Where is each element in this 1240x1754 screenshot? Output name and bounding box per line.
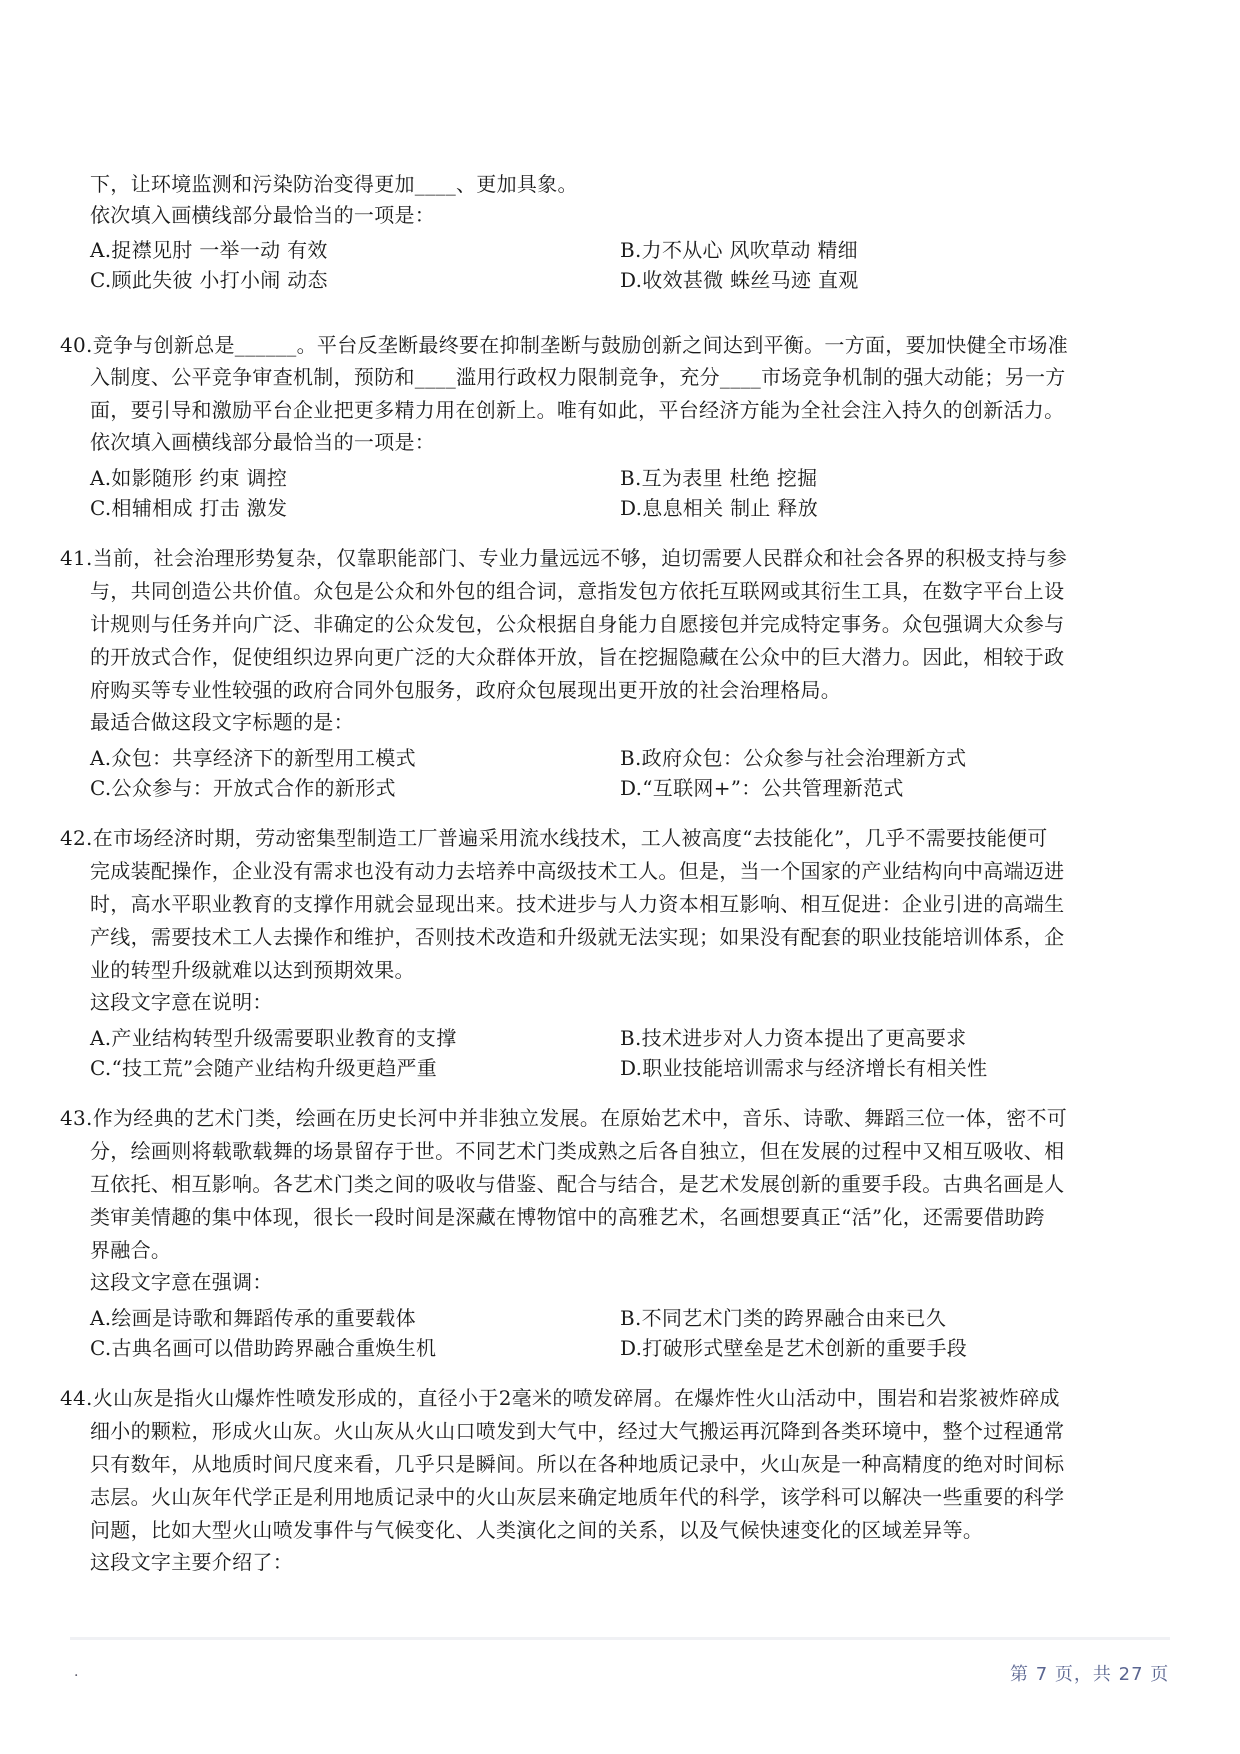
q40-prompt: 依次填入画横线部分最恰当的一项是： (90, 428, 435, 456)
q41-stem-line: 41.当前，社会治理形势复杂，仅靠职能部门、专业力量远远不够，迫切需要人民群众和… (60, 544, 1067, 572)
q41-prompt: 最适合做这段文字标题的是： (90, 708, 354, 736)
q41-stem-line: 府购买等专业性较强的政府合同外包服务，政府众包展现出更开放的社会治理格局。 (90, 676, 841, 704)
q39-option-c: C.顾此失彼 小打小闹 动态 (90, 266, 328, 294)
q42-stem-line: 产线，需要技术工人去操作和维护，否则技术改造和升级就无法实现；如果没有配套的职业… (90, 923, 1064, 951)
q40-option-c: C.相辅相成 打击 激发 (90, 494, 287, 522)
q43-stem-line: 界融合。 (90, 1236, 171, 1264)
q40-option-d: D.息息相关 制止 释放 (620, 494, 818, 522)
q42-stem-line: 42.在市场经济时期，劳动密集型制造工厂普遍采用流水线技术，工人被高度“去技能化… (60, 824, 1048, 852)
q40-option-a: A.如影随形 约束 调控 (90, 464, 287, 492)
q44-stem-line: 只有数年，从地质时间尺度来看，几乎只是瞬间。所以在各种地质记录中，火山灰是一种高… (90, 1450, 1064, 1478)
q42-stem-line: 完成装配操作，企业没有需求也没有动力去培养中高级技术工人。但是，当一个国家的产业… (90, 857, 1064, 885)
q41-stem-line: 的开放式合作，促使组织边界向更广泛的大众群体开放，旨在挖掘隐藏在公众中的巨大潜力… (90, 643, 1064, 671)
footer-divider (70, 1637, 1170, 1640)
q39-option-b: B.力不从心 风吹草动 精细 (620, 236, 858, 264)
q41-option-a: A.众包：共享经济下的新型用工模式 (90, 744, 416, 772)
q43-stem-line: 类审美情趣的集中体现，很长一段时间是深藏在博物馆中的高雅艺术，名画想要真正“活”… (90, 1203, 1045, 1231)
q42-option-c: C.“技工荒”会随产业结构升级更趋严重 (90, 1054, 437, 1082)
footer-dot: · (74, 1668, 78, 1684)
q41-option-b: B.政府众包：公众参与社会治理新方式 (620, 744, 966, 772)
q40-stem-line: 面，要引导和激励平台企业把更多精力用在创新上。唯有如此，平台经济方能为全社会注入… (90, 396, 1064, 424)
q43-stem-line: 互依托、相互影响。各艺术门类之间的吸收与借鉴、配合与结合，是艺术发展创新的重要手… (90, 1170, 1064, 1198)
q43-option-a: A.绘画是诗歌和舞蹈传承的重要载体 (90, 1304, 416, 1332)
q42-stem-line: 时，高水平职业教育的支撑作用就会显现出来。技术进步与人力资本相互影响、相互促进：… (90, 890, 1064, 918)
q44-stem-line: 志层。火山灰年代学正是利用地质记录中的火山灰层来确定地质年代的科学，该学科可以解… (90, 1483, 1064, 1511)
q43-option-d: D.打破形式壁垒是艺术创新的重要手段 (620, 1334, 967, 1362)
q39-option-a: A.捉襟见肘 一举一动 有效 (90, 236, 328, 264)
q39-option-d: D.收效甚微 蛛丝马迹 直观 (620, 266, 859, 294)
q40-stem-line: 入制度、公平竞争审查机制，预防和____滥用行政权力限制竞争，充分____市场竞… (90, 363, 1066, 391)
q39-prompt: 依次填入画横线部分最恰当的一项是： (90, 201, 435, 229)
q41-stem-line: 与，共同创造公共价值。众包是公众和外包的组合词，意指发包方依托互联网或其衍生工具… (90, 577, 1064, 605)
q43-option-c: C.古典名画可以借助跨界融合重焕生机 (90, 1334, 436, 1362)
q39-stem-line: 下，让环境监测和污染防治变得更加____、更加具象。 (90, 170, 578, 198)
q44-stem-line: 细小的颗粒，形成火山灰。火山灰从火山口喷发到大气中，经过大气搬运再沉降到各类环境… (90, 1417, 1064, 1445)
q42-prompt: 这段文字意在说明： (90, 988, 273, 1016)
q44-stem-line: 44.火山灰是指火山爆炸性喷发形成的，直径小于2毫米的喷发碎屑。在爆炸性火山活动… (60, 1384, 1060, 1412)
q43-stem-line: 43.作为经典的艺术门类，绘画在历史长河中并非独立发展。在原始艺术中，音乐、诗歌… (60, 1104, 1067, 1132)
q41-option-c: C.公众参与：开放式合作的新形式 (90, 774, 396, 802)
q44-stem-line: 问题，比如大型火山喷发事件与气候变化、人类演化之间的关系，以及气候快速变化的区域… (90, 1516, 983, 1544)
q42-option-b: B.技术进步对人力资本提出了更高要求 (620, 1024, 966, 1052)
q41-stem-line: 计规则与任务并向广泛、非确定的公众发包，公众根据自身能力自愿接包并完成特定事务。… (90, 610, 1064, 638)
q43-prompt: 这段文字意在强调： (90, 1268, 273, 1296)
q44-prompt: 这段文字主要介绍了： (90, 1548, 293, 1576)
page-number: 第 7 页，共 27 页 (1010, 1660, 1169, 1686)
q43-stem-line: 分，绘画则将载歌载舞的场景留存于世。不同艺术门类成熟之后各自独立，但在发展的过程… (90, 1137, 1064, 1165)
q42-option-d: D.职业技能培训需求与经济增长有相关性 (620, 1054, 987, 1082)
exam-page: 下，让环境监测和污染防治变得更加____、更加具象。 依次填入画横线部分最恰当的… (0, 0, 1240, 1754)
q40-stem-line: 40.竞争与创新总是______。平台反垄断最终要在抑制垄断与鼓励创新之间达到平… (60, 331, 1068, 359)
q40-option-b: B.互为表里 杜绝 挖掘 (620, 464, 817, 492)
q43-option-b: B.不同艺术门类的跨界融合由来已久 (620, 1304, 946, 1332)
q42-stem-line: 业的转型升级就难以达到预期效果。 (90, 956, 415, 984)
q42-option-a: A.产业结构转型升级需要职业教育的支撑 (90, 1024, 457, 1052)
q41-option-d: D.“互联网+”：公共管理新范式 (620, 774, 904, 802)
